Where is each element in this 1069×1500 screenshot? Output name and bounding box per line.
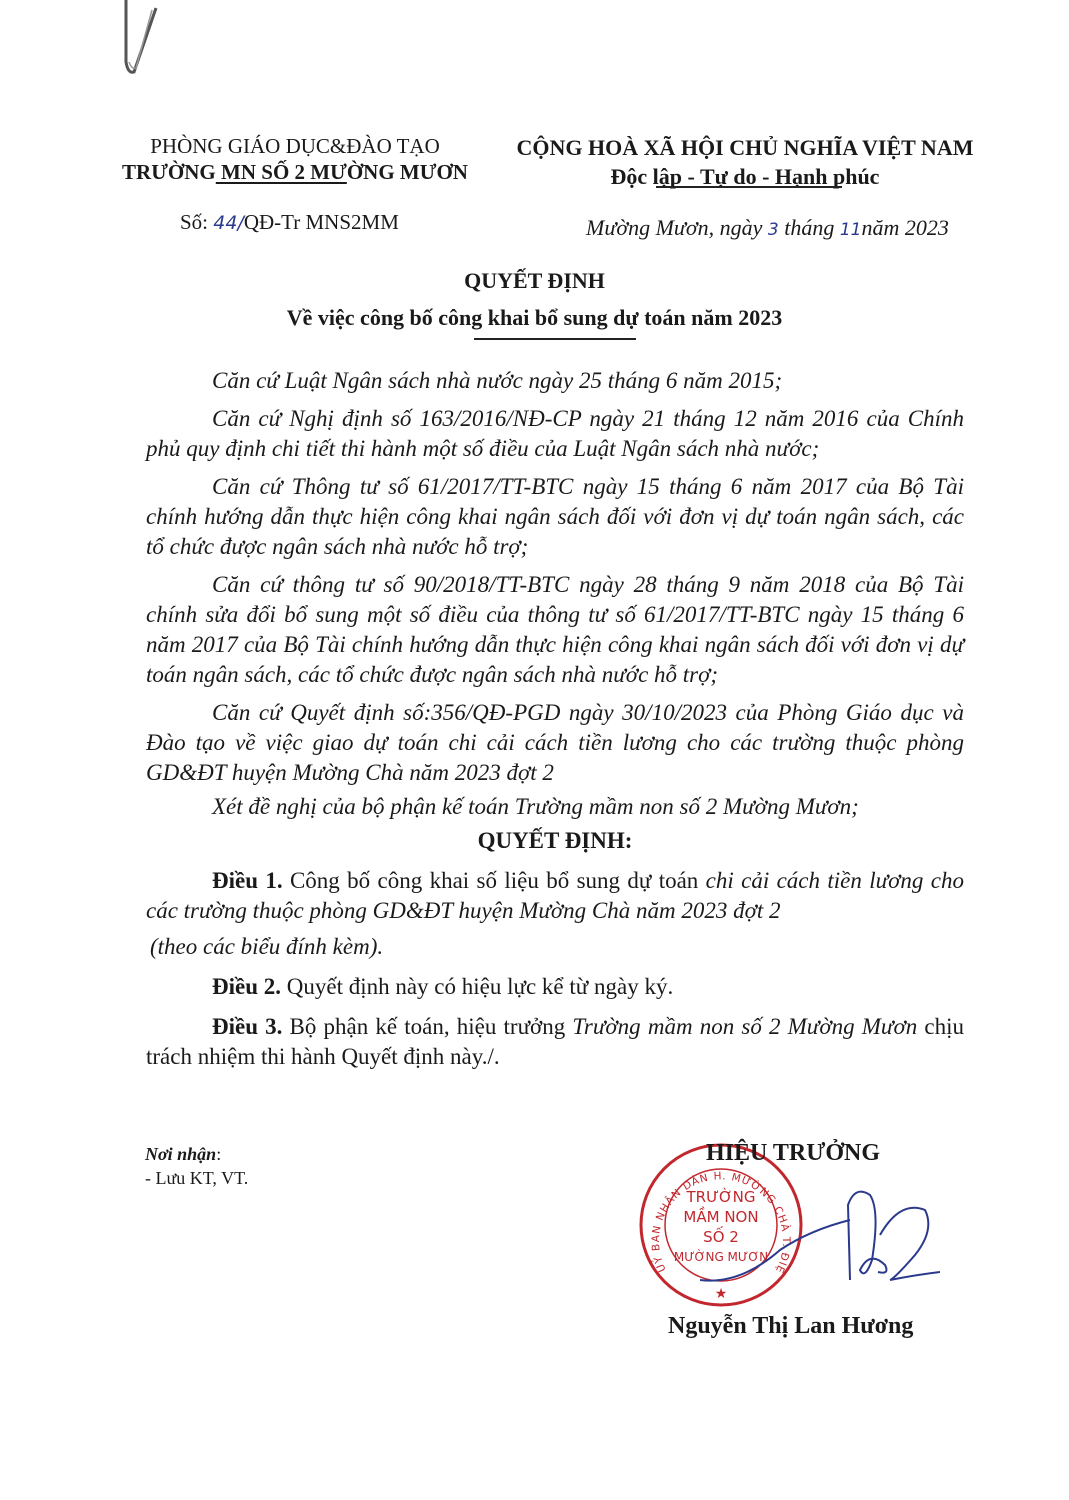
department-name: PHÒNG GIÁO DỤC&ĐÀO TẠO	[95, 133, 495, 159]
article-1: Điều 1. Công bố công khai số liệu bổ sun…	[146, 866, 964, 926]
country-name: CỘNG HOÀ XÃ HỘI CHỦ NGHĨA VIỆT NAM	[490, 133, 1000, 162]
recipient-item: - Lưu KT, VT.	[145, 1166, 248, 1190]
document-title: QUYẾT ĐỊNH	[0, 268, 1069, 294]
title-rule	[474, 338, 636, 340]
preamble-item: Căn cứ Thông tư số 61/2017/TT-BTC ngày 1…	[146, 472, 964, 562]
signer-position: HIỆU TRƯỞNG	[706, 1140, 880, 1167]
signer-name: Nguyễn Thị Lan Hương	[668, 1313, 913, 1340]
preamble-item: Căn cứ thông tư số 90/2018/TT-BTC ngày 2…	[146, 570, 964, 690]
article-2: Điều 2. Quyết định này có hiệu lực kể từ…	[146, 972, 964, 1002]
document-body: Căn cứ Luật Ngân sách nhà nước ngày 25 t…	[146, 366, 964, 1080]
staple-icon	[118, 0, 158, 80]
article-3: Điều 3. Bộ phận kế toán, hiệu trưởng Trư…	[146, 1012, 964, 1072]
handwritten-number: 44/	[213, 212, 244, 234]
preamble-item: Căn cứ Quyết định số:356/QĐ-PGD ngày 30/…	[146, 698, 964, 788]
handwritten-day: 3	[768, 220, 779, 240]
handwritten-signature	[700, 1180, 940, 1300]
preamble-item: Xét đề nghị của bộ phận kế toán Trường m…	[146, 792, 964, 822]
national-heading: CỘNG HOÀ XÃ HỘI CHỦ NGHĨA VIỆT NAM Độc l…	[490, 133, 1000, 191]
issuing-authority: PHÒNG GIÁO DỤC&ĐÀO TẠO TRƯỜNG MN SỐ 2 MƯ…	[95, 133, 495, 185]
school-name: TRƯỜNG MN SỐ 2 MƯỜNG MƯƠN	[95, 159, 495, 185]
article-1-note: (theo các biểu đính kèm).	[146, 932, 964, 962]
document-subtitle: Về việc công bố công khai bổ sung dự toá…	[0, 305, 1069, 331]
handwritten-month: 11	[840, 220, 862, 240]
motto-underline	[656, 186, 842, 188]
place-date: Mường Mươn, ngày 3 tháng 11năm 2023	[586, 215, 949, 241]
preamble-item: Căn cứ Nghị định số 163/2016/NĐ-CP ngày …	[146, 404, 964, 464]
preamble-item: Căn cứ Luật Ngân sách nhà nước ngày 25 t…	[146, 366, 964, 396]
decision-heading: QUYẾT ĐỊNH:	[146, 826, 964, 856]
document-number: Số: 44/QĐ-Tr MNS2MM	[180, 210, 399, 235]
recipients: Nơi nhận: - Lưu KT, VT.	[145, 1142, 248, 1190]
